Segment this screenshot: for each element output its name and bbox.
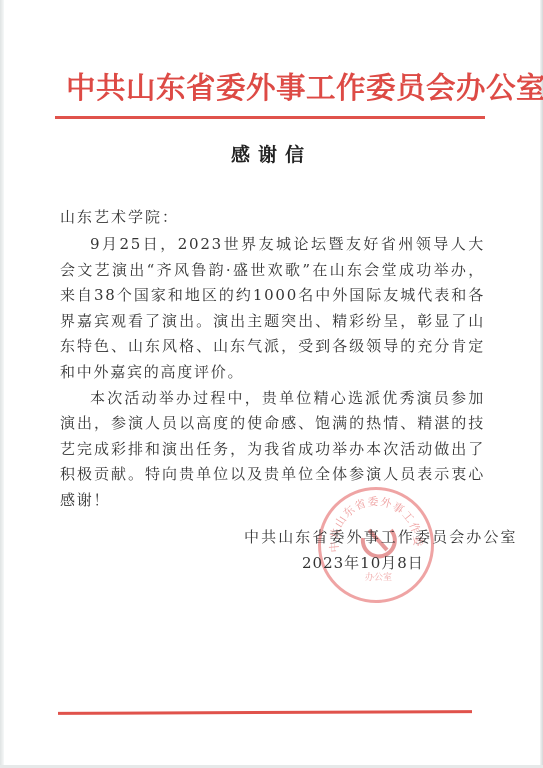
letter-body: 9月25日，2023世界友城论坛暨友好省州领导人大会文艺演出“齐风鲁韵·盛世欢歌… <box>60 232 485 514</box>
letterhead-rule <box>55 116 485 119</box>
body-paragraph: 本次活动举办过程中，贵单位精心选派优秀演员参加演出，参演人员以高度的使命感、饱满… <box>60 386 485 514</box>
signature-block: 中共山东省委外事工作委员会办公室 2023年10月8日 <box>244 524 484 576</box>
page-edge-left <box>0 0 4 768</box>
salutation: 山东艺术学院： <box>60 205 179 229</box>
letter-title: 感谢信 <box>0 140 543 170</box>
signature-date: 2023年10月8日 <box>244 550 484 576</box>
signature-organization: 中共山东省委外事工作委员会办公室 <box>244 524 484 550</box>
body-paragraph: 9月25日，2023世界友城论坛暨友好省州领导人大会文艺演出“齐风鲁韵·盛世欢歌… <box>60 232 485 386</box>
footer-rule <box>58 710 472 715</box>
letterhead-organization: 中共山东省委外事工作委员会办公室 <box>66 70 476 106</box>
